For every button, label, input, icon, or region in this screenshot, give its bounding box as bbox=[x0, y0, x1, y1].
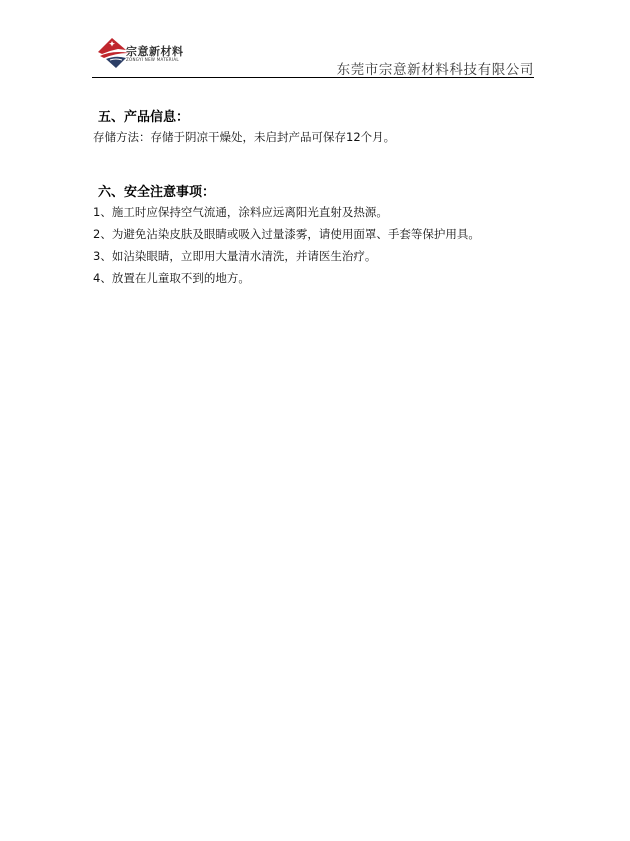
header-divider bbox=[92, 77, 534, 78]
section-safety-notes: 六、安全注意事项： 1、施工时应保持空气流通，涂料应远离阳光直射及热源。 2、为… bbox=[93, 183, 543, 291]
section-title: 五、产品信息： bbox=[93, 108, 543, 128]
safety-note-item: 3、如沾染眼睛，立即用大量清水清洗，并请医生治疗。 bbox=[93, 247, 543, 269]
section-title: 六、安全注意事项： bbox=[93, 183, 543, 203]
safety-note-item: 4、放置在儿童取不到的地方。 bbox=[93, 269, 543, 291]
page-header: 宗意新材料 ZONGYI NEW MATERIAL 东莞市宗意新材料科技有限公司 bbox=[92, 28, 534, 78]
safety-note-item: 2、为避免沾染皮肤及眼睛或吸入过量漆雾，请使用面罩、手套等保护用具。 bbox=[93, 225, 543, 247]
company-logo: 宗意新材料 ZONGYI NEW MATERIAL bbox=[96, 30, 211, 72]
safety-note-item: 1、施工时应保持空气流通，涂料应远离阳光直射及热源。 bbox=[93, 203, 543, 225]
company-name: 东莞市宗意新材料科技有限公司 bbox=[337, 58, 534, 78]
logo-brand-en: ZONGYI NEW MATERIAL bbox=[126, 57, 179, 62]
storage-method-text: 存储方法：存储于阴凉干燥处，未启封产品可保存12个月。 bbox=[93, 128, 543, 150]
section-product-info: 五、产品信息： 存储方法：存储于阴凉干燥处，未启封产品可保存12个月。 bbox=[93, 108, 543, 150]
